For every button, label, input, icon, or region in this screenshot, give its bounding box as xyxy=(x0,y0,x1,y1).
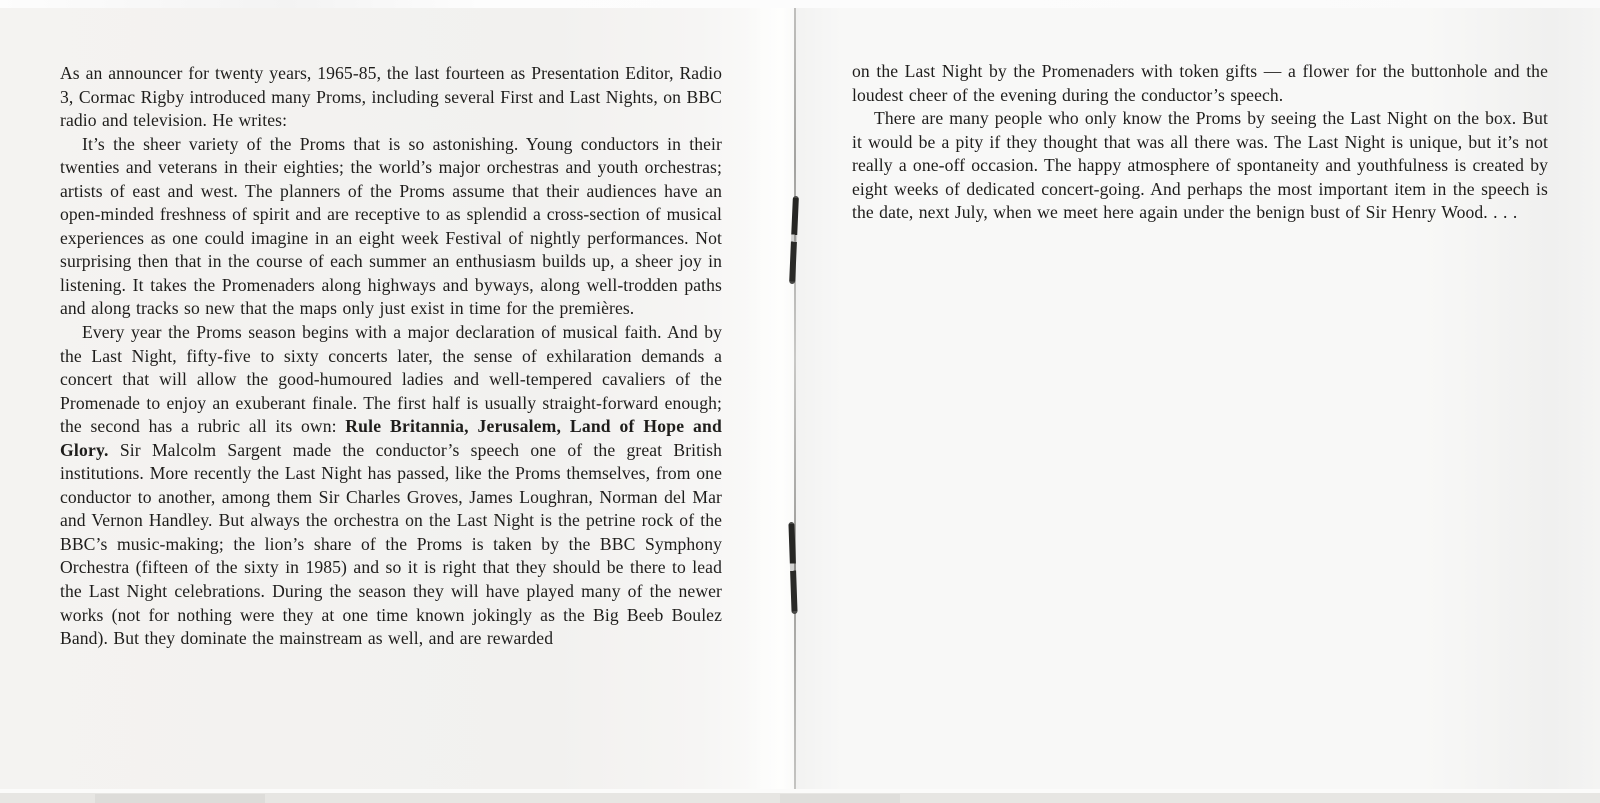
scan-edge-patch xyxy=(95,794,265,803)
scan-edge-bottom xyxy=(0,789,1600,803)
paragraph-text: As an announcer for twenty years, 1965-8… xyxy=(60,63,722,130)
scan-edge-patch xyxy=(780,794,900,803)
right-page: on the Last Night by the Promenaders wit… xyxy=(794,8,1600,789)
paragraph-gifts: on the Last Night by the Promenaders wit… xyxy=(852,60,1548,107)
binding-crease xyxy=(794,8,796,789)
left-page: As an announcer for twenty years, 1965-8… xyxy=(0,8,794,789)
paragraph-text: Sir Malcolm Sargent made the conductor’s… xyxy=(60,440,722,648)
paragraph-box: There are many people who only know the … xyxy=(852,107,1548,225)
paragraph-variety: It’s the sheer variety of the Proms that… xyxy=(60,133,722,321)
paragraph-text: It’s the sheer variety of the Proms that… xyxy=(60,134,722,319)
left-page-text: As an announcer for twenty years, 1965-8… xyxy=(60,62,722,651)
paragraph-last-night: Every year the Proms season begins with … xyxy=(60,321,722,651)
paragraph-intro: As an announcer for twenty years, 1965-8… xyxy=(60,62,722,133)
binding-gutter-highlight xyxy=(746,8,794,789)
right-page-text: on the Last Night by the Promenaders wit… xyxy=(852,60,1548,225)
scan-edge-top xyxy=(0,0,1600,8)
book-spread: As an announcer for twenty years, 1965-8… xyxy=(0,0,1600,803)
paragraph-text: There are many people who only know the … xyxy=(852,108,1548,222)
paragraph-text: on the Last Night by the Promenaders wit… xyxy=(852,61,1548,105)
